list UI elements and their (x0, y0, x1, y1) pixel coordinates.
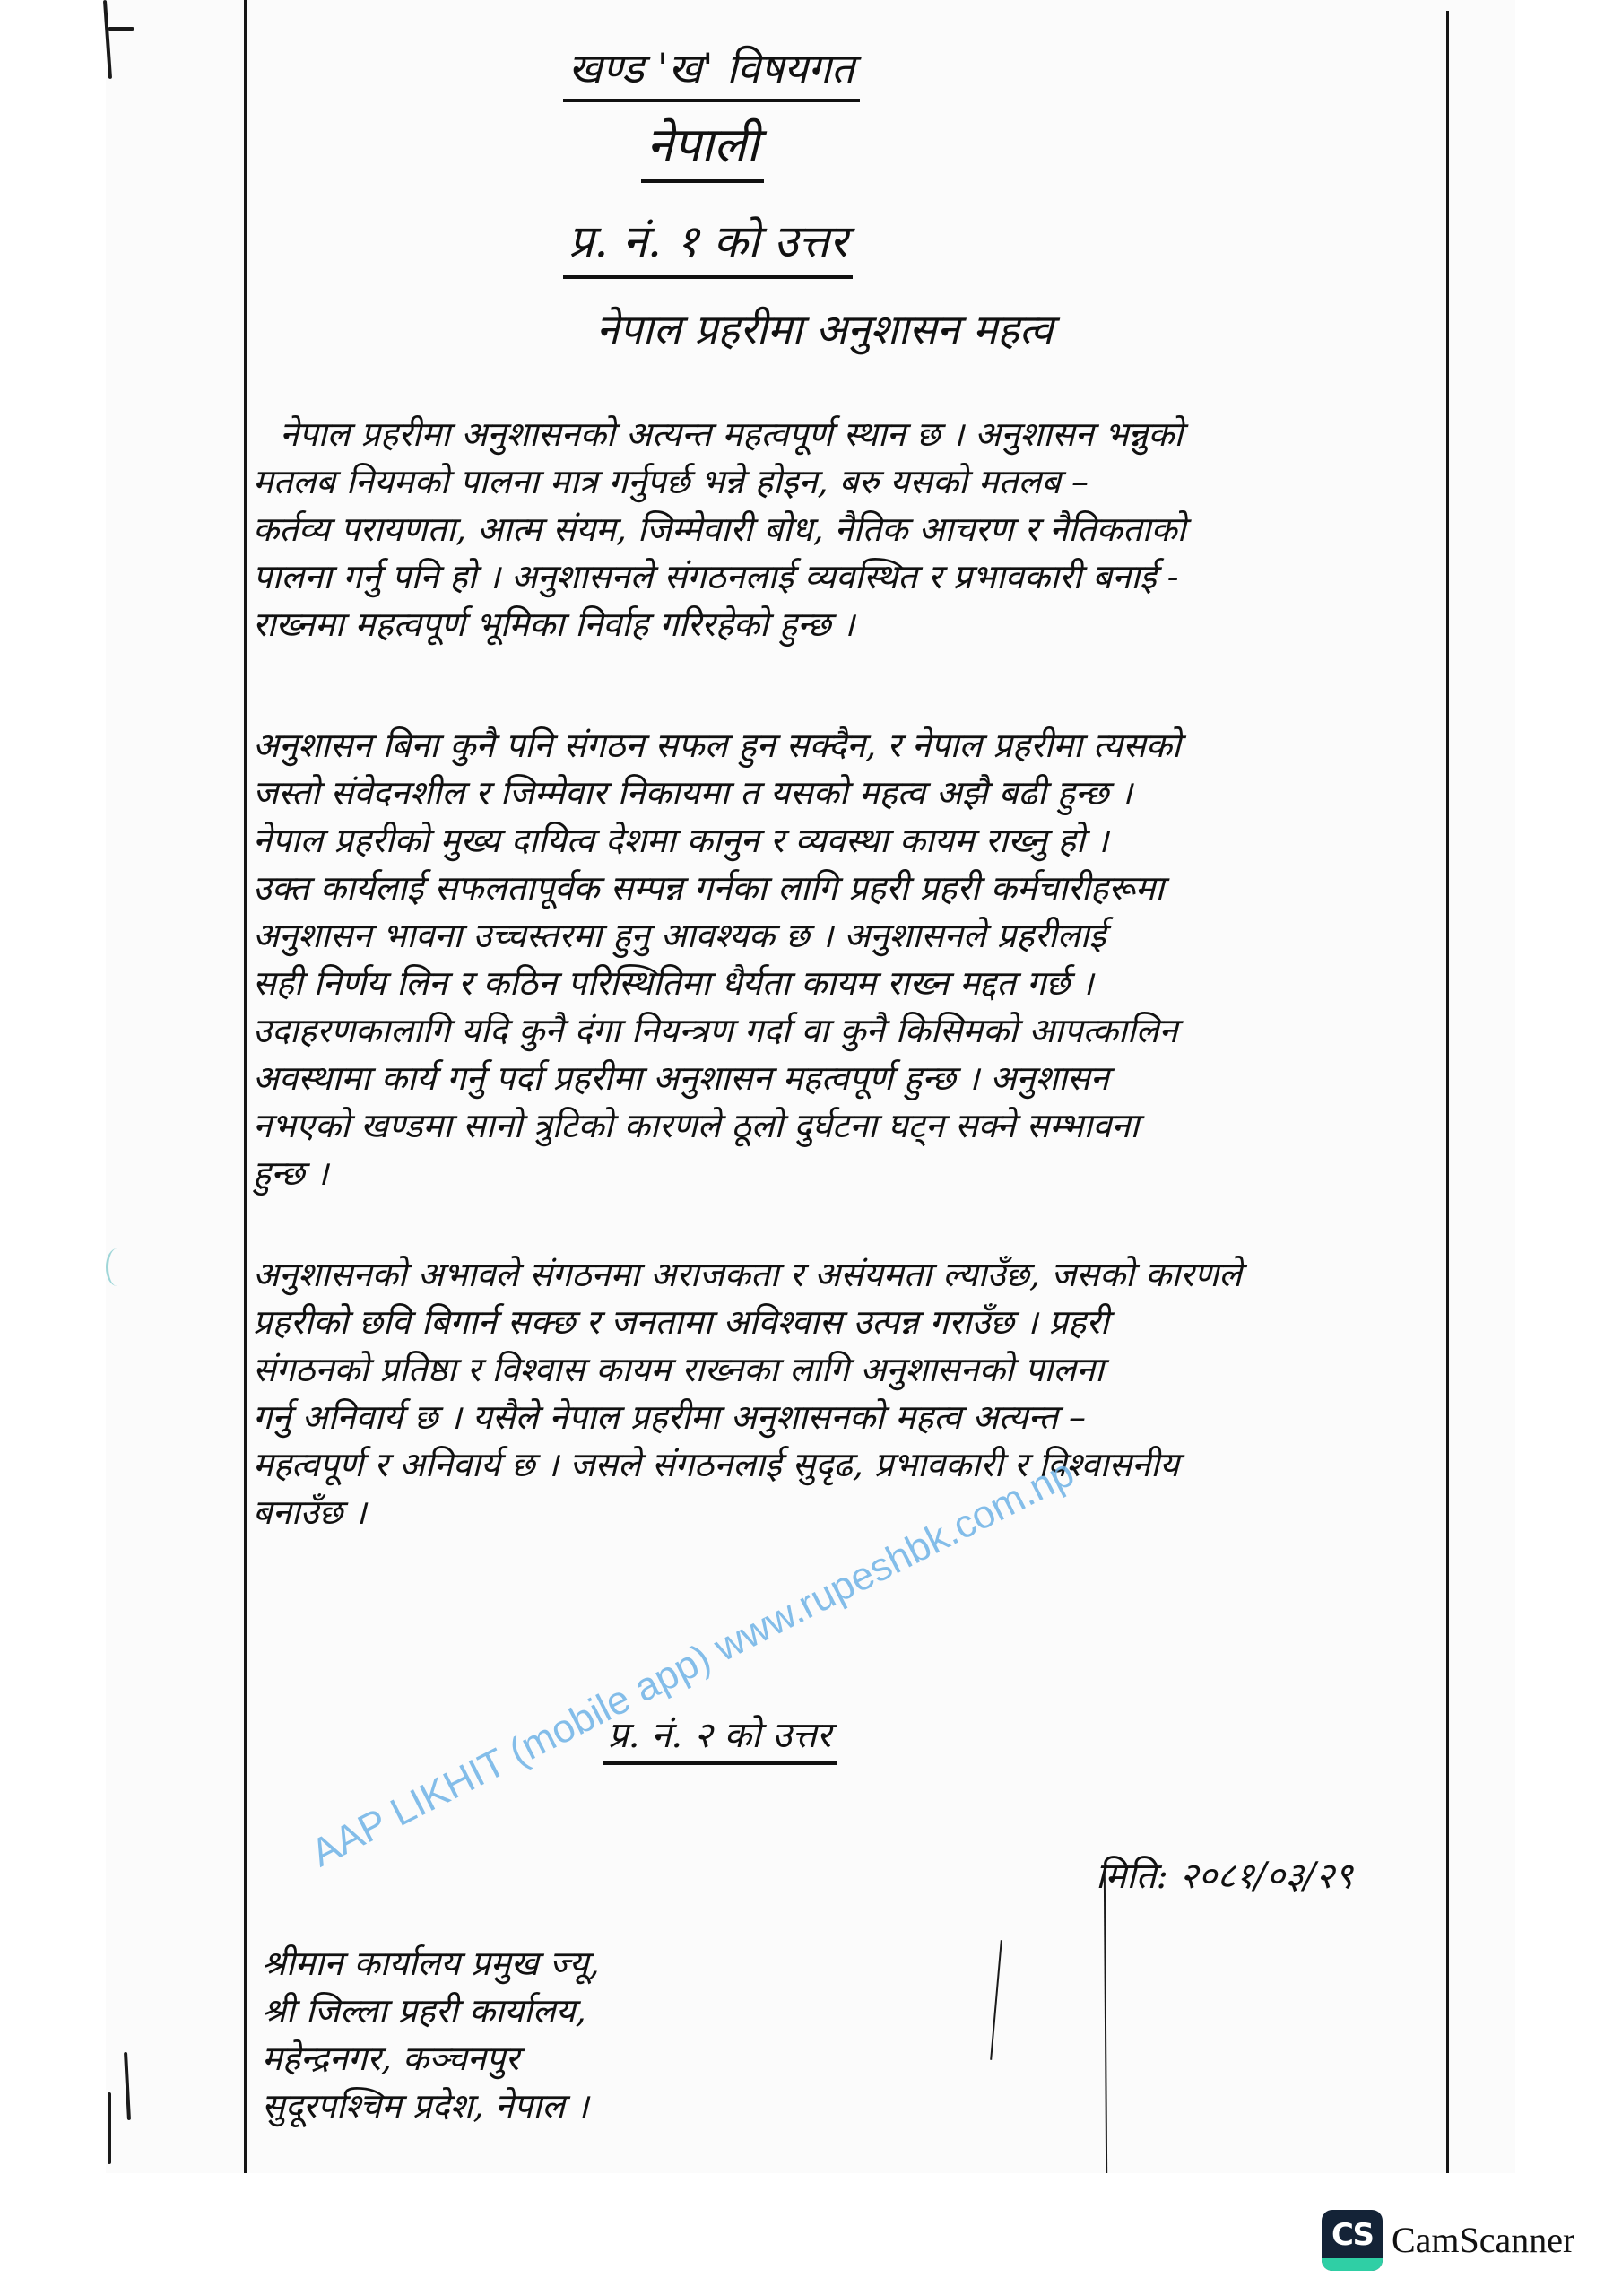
pen-mark (108, 2092, 111, 2164)
text-line: महत्वपूर्ण र अनिवार्य छ । जसले संगठनलाई … (253, 1441, 1445, 1489)
text-line: अवस्थामा कार्य गर्नु पर्दा प्रहरीमा अनुश… (253, 1055, 1445, 1102)
text-line: गर्नु अनिवार्य छ । यसैले नेपाल प्रहरीमा … (253, 1394, 1445, 1441)
text-line: नभएको खण्डमा सानो त्रुटिको कारणले ठूलो द… (253, 1102, 1445, 1150)
text-line: नेपाल प्रहरीमा अनुशासनको अत्यन्त महत्वपू… (253, 411, 1445, 458)
address-line: श्रीमान कार्यालय प्रमुख ज्यू, (262, 1940, 600, 1987)
question-2-heading: प्र. नं. २ को उत्तर (603, 1709, 837, 1765)
letter-address: श्रीमान कार्यालय प्रमुख ज्यू, श्री जिल्ल… (262, 1940, 600, 2130)
text-line: संगठनको प्रतिष्ठा र विश्वास कायम राख्नका… (253, 1346, 1445, 1394)
answer-1-title: नेपाल प्रहरीमा अनुशासन महत्व (596, 300, 1054, 356)
question-1-heading: प्र. नं. १ को उत्तर (563, 209, 853, 279)
address-line: सुदूरपश्चिम प्रदेश, नेपाल । (262, 2083, 600, 2130)
paragraph-3: अनुशासनको अभावले संगठनमा अराजकता र असंयम… (253, 1251, 1445, 1536)
camscanner-logo-text: CS (1322, 2217, 1383, 2253)
address-line: महेन्द्रनगर, कञ्चनपुर (262, 2035, 600, 2083)
section-heading: खण्ड 'ख' विषयगत (563, 39, 860, 102)
letter-date: मिति: २०८१/०३/२९ (1096, 1849, 1353, 1899)
text-line: कर्तव्य परायणता, आत्म संयम, जिम्मेवारी ब… (253, 506, 1445, 553)
text-line: अनुशासन भावना उच्चस्तरमा हुनु आवश्यक छ ।… (253, 912, 1445, 960)
camscanner-logo-strip (1322, 2258, 1383, 2271)
address-line: श्री जिल्ला प्रहरी कार्यालय, (262, 1987, 600, 2035)
text-line: उक्त कार्यलाई सफलतापूर्वक सम्पन्न गर्नका… (253, 865, 1445, 912)
text-line: अनुशासनको अभावले संगठनमा अराजकता र असंयम… (253, 1251, 1445, 1299)
punch-hole (106, 1248, 128, 1286)
text-line: सही निर्णय लिन र कठिन परिस्थितिमा धैर्यत… (253, 960, 1445, 1007)
right-margin-line (1446, 11, 1449, 2173)
text-line: मतलब नियमको पालना मात्र गर्नुपर्छ भन्ने … (253, 458, 1445, 506)
left-margin-line (244, 0, 247, 2173)
text-line: नेपाल प्रहरीको मुख्य दायित्व देशमा कानुन… (253, 817, 1445, 865)
text-line: हुन्छ । (253, 1150, 1445, 1197)
text-line: उदाहरणकालागि यदि कुनै दंगा नियन्त्रण गर्… (253, 1007, 1445, 1055)
text-line: पालना गर्नु पनि हो । अनुशासनले संगठनलाई … (253, 553, 1445, 601)
text-line: प्रहरीको छवि बिगार्न सक्छ र जनतामा अविश्… (253, 1299, 1445, 1346)
paragraph-2: अनुशासन बिना कुनै पनि संगठन सफल हुन सक्द… (253, 722, 1445, 1197)
text-line: बनाउँछ । (253, 1489, 1445, 1536)
text-line: राख्नमा महत्वपूर्ण भूमिका निर्वाह गरिरहे… (253, 601, 1445, 648)
paragraph-1: नेपाल प्रहरीमा अनुशासनको अत्यन्त महत्वपू… (253, 411, 1445, 648)
subject-heading: नेपाली (641, 109, 764, 183)
text-line: जस्तो संवेदनशील र जिम्मेवार निकायमा त यस… (253, 770, 1445, 817)
camscanner-brand-name: CamScanner (1392, 2219, 1574, 2261)
camscanner-logo-icon: CS (1322, 2210, 1383, 2271)
text-line: अनुशासन बिना कुनै पनि संगठन सफल हुन सक्द… (253, 722, 1445, 770)
pen-mark (108, 27, 134, 31)
